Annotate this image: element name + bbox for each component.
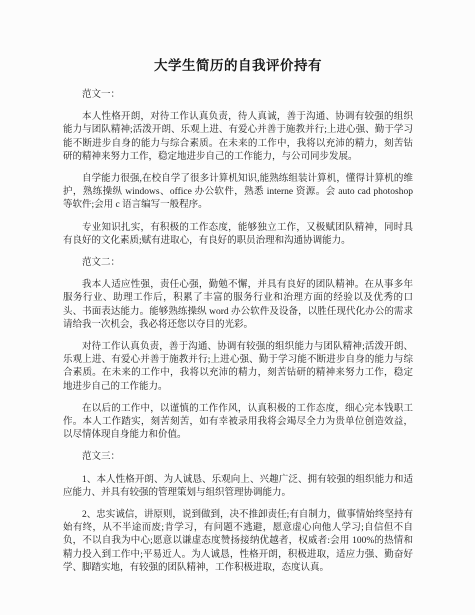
document-title: 大学生简历的自我评价持有 [63,54,413,74]
paragraph: 本人性格开朗，对待工作认真负责，待人真诚，善于沟通、协调有较强的组织能力与团队精… [63,111,413,164]
section-fanwen-1: 范文一： 本人性格开朗，对待工作认真负责，待人真诚，善于沟通、协调有较强的组织能… [63,89,413,248]
section-label-2: 范文二： [63,257,413,270]
paragraph: 在以后的工作中，以谨慎的工作作风，认真积极的工作态度，细心完本钱职工作。本人工作… [63,403,413,443]
paragraph: 对待工作认真负责，善于沟通、协调有较强的组织能力与团队精神;活泼开朗、乐观上进、… [63,341,413,394]
section-label-1: 范文一： [63,89,413,102]
section-fanwen-2: 范文二： 我本人适应性强，责任心强，勤勉不懈，并具有良好的团队精神。在从事多年服… [63,257,413,442]
paragraph: 专业知识扎实，有积极的工作态度，能够独立工作，又极赋团队精神，同时具有良好的文化… [63,222,413,248]
section-label-3: 范文三： [63,451,413,464]
section-fanwen-3: 范文三： 1、本人性格开朗、为人诚恳、乐观向上、兴趣广泛、拥有较强的组织能力和适… [63,451,413,575]
paragraph: 1、本人性格开朗、为人诚恳、乐观向上、兴趣广泛、拥有较强的组织能力和适应能力、并… [63,474,413,500]
paragraph: 我本人适应性强，责任心强，勤勉不懈，并具有良好的团队精神。在从事多年服务行业、助… [63,279,413,332]
paragraph: 2、忠实诚信，讲原则，说到做到，决不推卸责任;有自制力，做事情始终坚持有始有终，… [63,509,413,575]
document-page: 大学生简历的自我评价持有 范文一： 本人性格开朗，对待工作认真负责，待人真诚，善… [0,0,475,615]
paragraph: 自学能力很强,在校自学了很多计算机知识,能熟练组装计算机，懂得计算机的维护，熟练… [63,173,413,213]
